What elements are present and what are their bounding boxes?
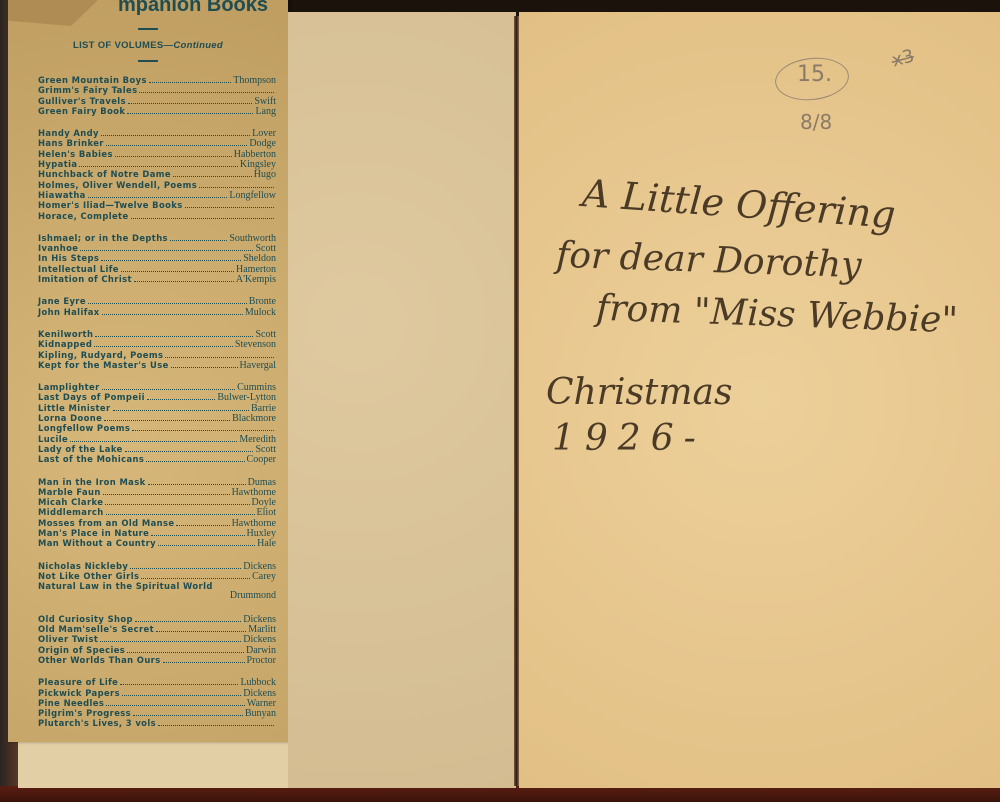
list-item: Origin of SpeciesDarwin [38,645,276,655]
dot-leader [127,107,253,114]
dot-leader [101,254,241,261]
dot-leader [148,478,246,485]
dot-leader [94,340,233,347]
group-spacer [38,665,276,677]
volume-title: Middlemarch [38,507,104,517]
list-item: Homer's Iliad—Twelve Books [38,200,276,210]
volume-title: Pickwick Papers [38,688,120,698]
list-item: Hans BrinkerDodge [38,138,276,148]
volume-title: Man Without a Country [38,538,156,548]
dot-leader [100,635,241,642]
list-item: Marble FaunHawthorne [38,487,276,497]
volume-title: Last of the Mohicans [38,454,144,464]
book-list-insert: mpanion Books LIST OF VOLUMES—Continued … [8,0,288,742]
dot-leader [102,308,243,315]
list-item: Ishmael; or in the DepthsSouthworth [38,233,276,243]
dot-leader [151,529,244,536]
volume-title: Little Minister [38,403,111,413]
dot-leader [122,689,241,696]
dot-leader [173,170,252,177]
list-item: Handy AndyLover [38,128,276,138]
volume-author: Bunyan [245,709,276,719]
dot-leader [115,150,232,157]
list-item: IvanhoeScott [38,243,276,253]
dot-leader [132,424,274,431]
dot-leader [139,86,274,93]
dot-leader [106,508,255,515]
volume-title: Old Mam'selle's Secret [38,624,154,634]
dot-leader [113,404,249,411]
dot-leader [141,572,250,579]
volume-title: Natural Law in the Spiritual World [38,581,213,591]
volume-title: Green Mountain Boys [38,75,147,85]
volume-title: Grimm's Fairy Tales [38,85,137,95]
volume-title: Kept for the Master's Use [38,360,169,370]
volume-title: Pine Needles [38,698,104,708]
volume-title: Kenilworth [38,329,93,339]
group-spacer [38,317,276,329]
volume-author: Drummond [230,591,276,601]
volume-title: Imitation of Christ [38,274,132,284]
dot-leader [165,351,274,358]
volume-title: Hans Brinker [38,138,104,148]
dot-leader [80,244,253,251]
volume-title: Origin of Species [38,645,125,655]
dot-leader [135,615,241,622]
volume-title: Nicholas Nickleby [38,561,128,571]
list-item: John HalifaxMulock [38,307,276,317]
group-spacer [38,370,276,382]
list-item: In His StepsSheldon [38,253,276,263]
volume-title: Ivanhoe [38,243,78,253]
list-item: Pilgrim's ProgressBunyan [38,708,276,718]
open-book: mpanion Books LIST OF VOLUMES—Continued … [0,0,1000,802]
volume-title: Lucile [38,434,68,444]
dot-leader [106,699,245,706]
dot-leader [158,539,255,546]
list-heading-suffix: —Continued [164,40,223,51]
list-heading-text: LIST OF VOLUMES [73,40,164,51]
volume-title: Longfellow Poems [38,423,130,433]
list-item: Last Days of PompeiiBulwer-Lytton [38,392,276,402]
list-item: KenilworthScott [38,329,276,339]
list-item: Oliver TwistDickens [38,634,276,644]
volume-author: Hugo [254,170,276,180]
volume-title: Horace, Complete [38,211,129,221]
dot-leader [121,265,234,272]
list-item: Helen's BabiesHabberton [38,149,276,159]
dot-leader [79,160,237,167]
dot-leader [131,212,274,219]
list-item: Holmes, Oliver Wendell, Poems [38,180,276,190]
volume-author: Lubbock [240,678,276,688]
group-spacer [38,284,276,296]
volume-list: Green Mountain BoysThompsonGrimm's Fairy… [38,75,276,729]
dot-leader [88,297,247,304]
dot-leader [133,709,243,716]
dot-leader [128,97,252,104]
dot-leader [101,129,250,136]
list-item: Pine NeedlesWarner [38,698,276,708]
list-item: KidnappedStevenson [38,339,276,349]
dot-leader [127,646,244,653]
list-item-continuation: Drummond [38,591,276,601]
volume-title: Man's Place in Nature [38,528,149,538]
list-item: Other Worlds Than OursProctor [38,655,276,665]
volume-title: Hiawatha [38,190,86,200]
list-item: HypatiaKingsley [38,159,276,169]
dot-leader [185,201,274,208]
volume-title: Gulliver's Travels [38,96,126,106]
dot-leader [88,191,228,198]
volume-author: Longfellow [229,191,276,201]
volume-author: Stevenson [235,340,276,350]
dot-leader [130,562,241,569]
dot-leader [170,234,227,241]
list-item: Kipling, Rudyard, Poems [38,350,276,360]
volume-title: Man in the Iron Mask [38,477,146,487]
volume-title: Pleasure of Life [38,677,118,687]
list-item: Pickwick PapersDickens [38,688,276,698]
inscription-line-5: 1926- [552,418,706,459]
volume-title: Green Fairy Book [38,106,125,116]
pastedown-strip [18,740,288,788]
list-item: Jane EyreBronte [38,296,276,306]
list-item: Intellectual LifeHamerton [38,264,276,274]
volume-title: Not Like Other Girls [38,571,139,581]
volume-title: Marble Faun [38,487,101,497]
volume-title: Last Days of Pompeii [38,392,145,402]
group-spacer [38,465,276,477]
volume-author: Blackmore [232,414,276,424]
volume-author: Thompson [233,76,276,86]
group-spacer [38,602,276,614]
list-item: Man Without a CountryHale [38,538,276,548]
list-item: Grimm's Fairy Tales [38,85,276,95]
volume-title: Lamplighter [38,382,100,392]
volume-author: Cooper [247,455,276,465]
volume-title: Jane Eyre [38,296,86,306]
volume-title: In His Steps [38,253,99,263]
volume-title: Old Curiosity Shop [38,614,133,624]
pencil-fraction: 8/8 [800,110,832,134]
volume-title: Kidnapped [38,339,92,349]
volume-title: Pilgrim's Progress [38,708,131,718]
volume-author: Carey [252,572,276,582]
list-item: Pleasure of LifeLubbock [38,677,276,687]
volume-title: Kipling, Rudyard, Poems [38,350,163,360]
dot-leader [146,455,244,462]
dot-leader [156,625,246,632]
divider [138,28,158,30]
list-item: Green Mountain BoysThompson [38,75,276,85]
volume-title: Plutarch's Lives, 3 vols [38,718,156,728]
cover-bottom-edge [0,786,1000,802]
volume-title: Oliver Twist [38,634,98,644]
list-item: Lady of the LakeScott [38,444,276,454]
list-item: LucileMeredith [38,434,276,444]
volume-author: Proctor [247,656,276,666]
list-item: Old Curiosity ShopDickens [38,614,276,624]
dot-leader [199,181,274,188]
dot-leader [102,383,235,390]
dot-leader [70,435,237,442]
list-item: Micah ClarkeDoyle [38,497,276,507]
volume-title: Ishmael; or in the Depths [38,233,168,243]
inscription-line-4: Christmas [546,372,732,413]
list-item: Green Fairy BookLang [38,106,276,116]
dot-leader [149,76,231,83]
list-item: Little MinisterBarrie [38,403,276,413]
dot-leader [120,678,238,685]
dot-leader [163,656,245,663]
dot-leader [125,445,254,452]
list-item: Nicholas NicklebyDickens [38,561,276,571]
list-item: Lorna DooneBlackmore [38,413,276,423]
list-item: LamplighterCummins [38,382,276,392]
list-item: Horace, Complete [38,211,276,221]
list-item: Kept for the Master's UseHavergal [38,360,276,370]
volume-author: Havergal [240,361,276,371]
group-spacer [38,549,276,561]
left-flyleaf [288,12,516,788]
dot-leader [176,519,229,526]
dot-leader [171,361,238,368]
list-item: Imitation of ChristA'Kempis [38,274,276,284]
volume-author: A'Kempis [236,275,276,285]
volume-title: Holmes, Oliver Wendell, Poems [38,180,197,190]
list-heading: LIST OF VOLUMES—Continued [8,40,288,51]
volume-title: Lorna Doone [38,413,102,423]
volume-title: Helen's Babies [38,149,113,159]
list-item: Gulliver's TravelsSwift [38,96,276,106]
list-item: Longfellow Poems [38,423,276,433]
list-item: Not Like Other GirlsCarey [38,571,276,581]
series-title: mpanion Books [98,0,288,17]
dot-leader [105,498,249,505]
list-item: Man's Place in NatureHuxley [38,528,276,538]
list-item: Last of the MohicansCooper [38,454,276,464]
list-item: Old Mam'selle's SecretMarlitt [38,624,276,634]
list-item: Plutarch's Lives, 3 vols [38,718,276,728]
dot-leader [103,488,230,495]
dot-leader [106,139,248,146]
list-item: Hunchback of Notre DameHugo [38,169,276,179]
volume-author: Hale [257,539,276,549]
dot-leader [104,414,230,421]
volume-author: Lang [255,107,276,117]
volume-title: Hypatia [38,159,77,169]
list-item: Man in the Iron MaskDumas [38,477,276,487]
volume-author: Mulock [245,308,276,318]
list-item: HiawathaLongfellow [38,190,276,200]
list-item: MiddlemarchEliot [38,507,276,517]
circled-number: 15. [797,62,832,87]
volume-title: Mosses from an Old Manse [38,518,174,528]
dot-leader [158,719,274,726]
dot-leader [134,275,234,282]
group-spacer [38,221,276,233]
dot-leader [95,330,253,337]
volume-title: John Halifax [38,307,100,317]
volume-title: Intellectual Life [38,264,119,274]
divider [138,60,158,62]
list-item: Mosses from an Old ManseHawthorne [38,518,276,528]
volume-title: Micah Clarke [38,497,103,507]
group-spacer [38,116,276,128]
volume-title: Other Worlds Than Ours [38,655,161,665]
volume-title: Hunchback of Notre Dame [38,169,171,179]
volume-title: Handy Andy [38,128,99,138]
volume-title: Homer's Iliad—Twelve Books [38,200,183,210]
volume-title: Lady of the Lake [38,444,123,454]
dot-leader [147,393,215,400]
